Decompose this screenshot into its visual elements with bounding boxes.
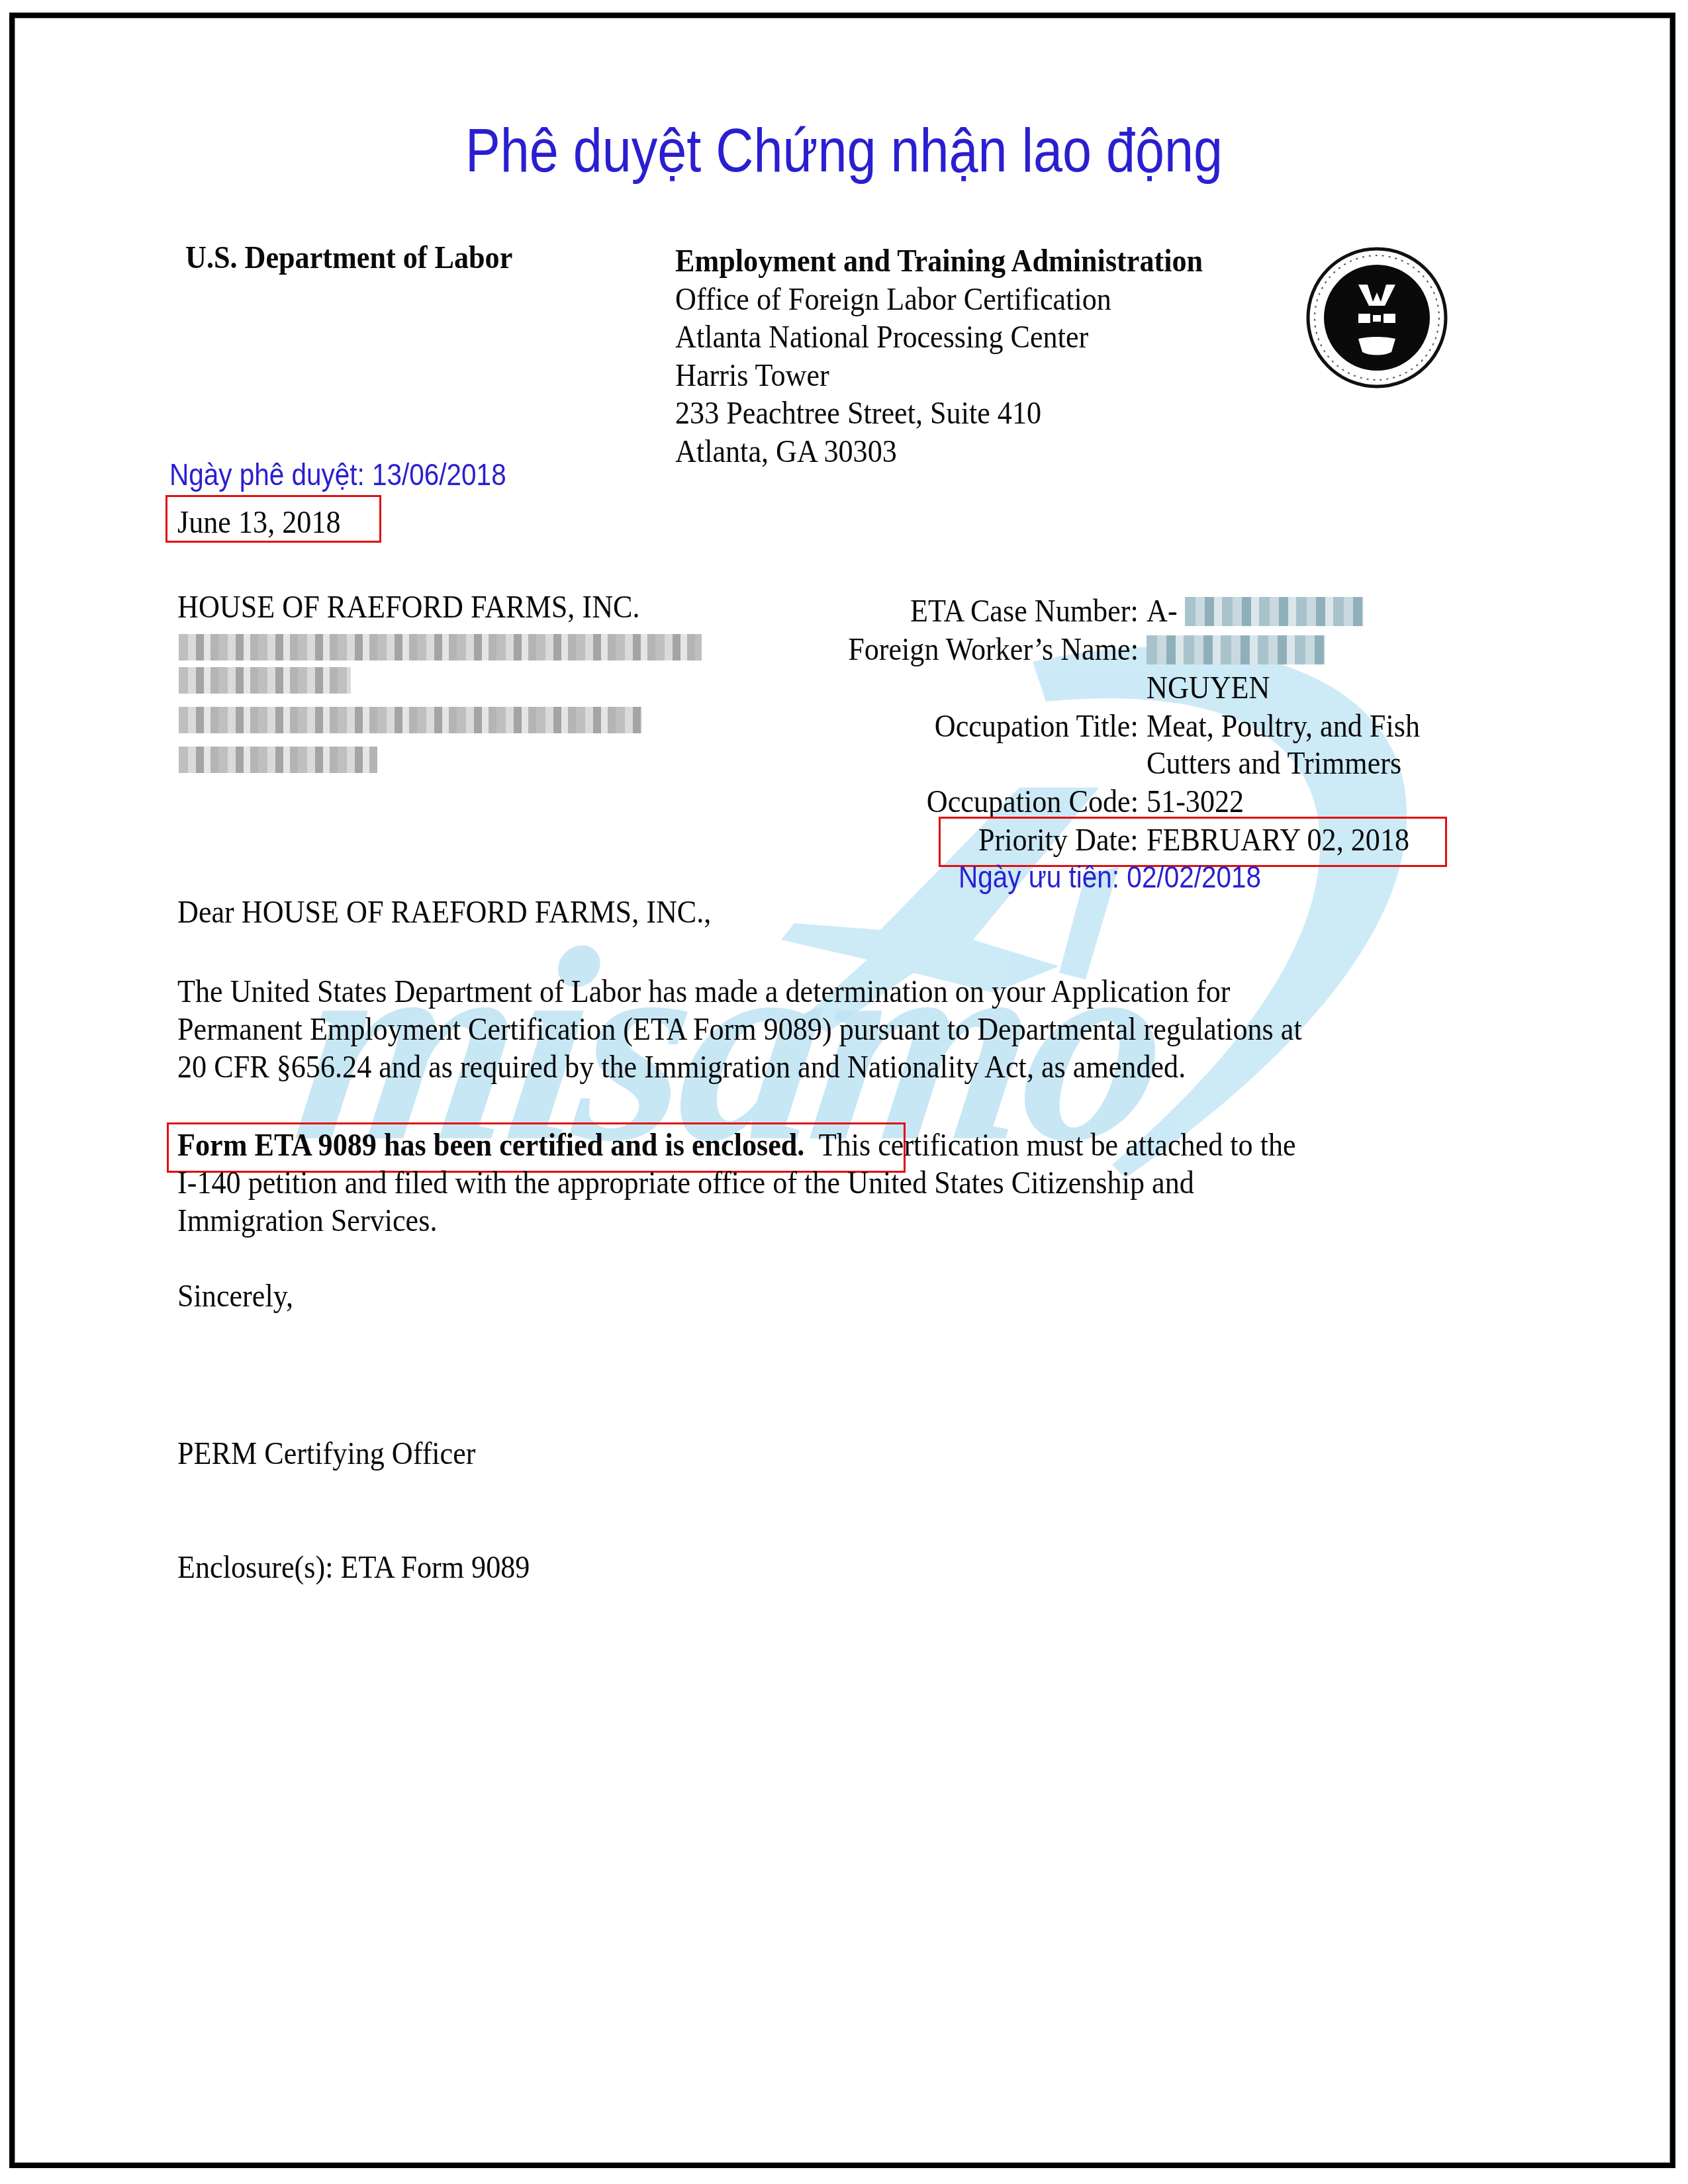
paragraph-line: This certification must be attached to t… [819,1128,1296,1163]
redacted-address-line [179,707,642,733]
occupation-title-label: Occupation Title: [935,708,1139,745]
address-line: Office of Foreign Labor Certification [675,281,1203,319]
salutation: Dear HOUSE OF RAEFORD FARMS, INC., [177,893,711,931]
occupation-title-line2: Cutters and Trimmers [1147,745,1401,782]
worker-last-name: NGUYEN [1147,670,1270,706]
certified-statement: Form ETA 9089 has been certified and is … [177,1128,804,1163]
department-name: U.S. Department of Labor [185,240,512,276]
department-of-labor-seal-icon [1304,245,1450,390]
occupation-code: 51-3022 [1147,784,1244,820]
address-line: Harris Tower [675,357,1203,395]
redacted-address-line [179,747,377,773]
paragraph-line: Permanent Employment Certification (ETA … [177,1011,1302,1048]
letter-date: June 13, 2018 [177,504,341,541]
case-number-label: ETA Case Number: [910,593,1139,629]
paragraph-certification: Form ETA 9089 has been certified and is … [177,1126,1296,1240]
paragraph-determination: The United States Department of Labor ha… [177,973,1302,1086]
worker-name-label: Foreign Worker’s Name: [848,631,1139,668]
redacted-address-line [179,634,702,660]
paragraph-line: I-140 petition and filed with the approp… [177,1164,1296,1202]
agency-address-block: Employment and Training Administration O… [675,242,1203,471]
closing: Sincerely, [177,1277,293,1315]
occupation-code-label: Occupation Code: [927,784,1139,820]
case-number-prefix: A- [1147,593,1178,629]
signer-title: PERM Certifying Officer [177,1435,476,1473]
redacted-worker-first-name [1147,635,1325,664]
redacted-address-line [179,667,351,694]
address-line: Atlanta National Processing Center [675,318,1203,357]
approval-date-annotation: Ngày phê duyệt: 13/06/2018 [169,457,506,492]
occupation-title-line1: Meat, Poultry, and Fish [1147,708,1420,745]
agency-name: Employment and Training Administration [675,242,1203,281]
paragraph-line: The United States Department of Labor ha… [177,973,1302,1011]
recipient-company: HOUSE OF RAEFORD FARMS, INC. [177,589,640,625]
enclosure: Enclosure(s): ETA Form 9089 [177,1549,530,1586]
paragraph-line: 20 CFR §656.24 and as required by the Im… [177,1048,1302,1086]
redacted-case-number [1185,597,1364,626]
annotation-title: Phê duyệt Chứng nhận lao động [118,116,1570,186]
address-line: 233 Peachtree Street, Suite 410 [675,394,1203,433]
priority-date-annotation: Ngày ưu tiên: 02/02/2018 [959,859,1261,895]
paragraph-line: Immigration Services. [177,1202,1296,1240]
address-line: Atlanta, GA 30303 [675,433,1203,471]
